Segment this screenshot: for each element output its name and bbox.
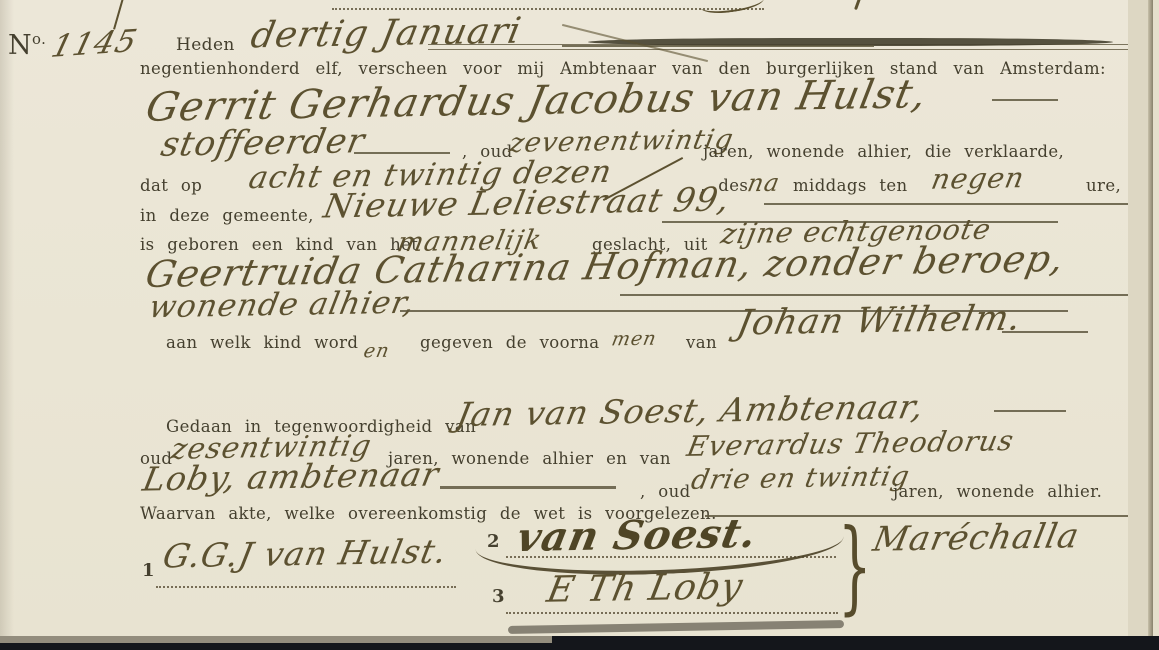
signature-dotted-line xyxy=(156,586,456,588)
handwritten-date: dertig Januari xyxy=(248,11,525,57)
filler-line xyxy=(994,410,1066,412)
printed-middags-ten: middags ten xyxy=(793,176,908,195)
next-page-edge xyxy=(1153,0,1159,641)
printed-aan-welk: aan welk kind word xyxy=(166,333,358,352)
signature-number-1: 1 xyxy=(142,560,155,581)
printed-declared: jaren, wonende alhier, die verklaarde, xyxy=(703,142,1064,161)
handwritten-witness2-last: Loby, ambtenaar xyxy=(140,454,443,498)
handwritten-na: na xyxy=(745,169,782,198)
signature-witness2: E Th Loby xyxy=(544,566,747,610)
signature-declarant: G.G.J van Hulst. xyxy=(160,532,451,576)
handwritten-declarant-age: zevenentwintig xyxy=(507,124,737,159)
handwritten-hour: negen xyxy=(929,161,1028,196)
printed-jaren-alhier: jaren, wonende alhier. xyxy=(893,482,1102,501)
handwritten-mother-residence: wonende alhier, xyxy=(146,285,418,326)
page-gutter-shadow xyxy=(0,0,14,641)
filler-line xyxy=(1002,331,1088,333)
printed-gegeven: gegeven de voorna xyxy=(420,333,600,352)
printed-dat-op: dat op xyxy=(140,176,202,195)
filler-line xyxy=(620,294,1146,296)
handwritten-men: men xyxy=(610,328,659,351)
record-number-block: No. 1145 xyxy=(8,26,136,62)
filler-line xyxy=(562,45,874,47)
handwritten-en: en xyxy=(362,340,392,362)
page-bottom-edge xyxy=(0,636,552,643)
previous-record-dotted-line xyxy=(332,8,764,10)
printed-heden: Heden xyxy=(176,35,235,55)
printed-comma-oud3: , oud xyxy=(640,482,691,501)
signature-registrar: Maréchalla xyxy=(870,516,1083,560)
signature-brace: } xyxy=(838,516,872,617)
signature-number-3: 3 xyxy=(492,586,505,607)
filler-line xyxy=(354,152,450,154)
signature-dotted-line xyxy=(506,612,838,614)
scanned-birth-record: No. 1145 Heden dertig Januari negentienh… xyxy=(0,0,1159,650)
filler-line xyxy=(992,99,1058,101)
page-edge xyxy=(1128,0,1148,641)
printed-van: van xyxy=(686,333,717,352)
filler-line xyxy=(764,203,1136,205)
handwritten-witness2-age: drie en twintig xyxy=(689,461,913,496)
handwritten-address: Nieuwe Leliestraat 99, xyxy=(320,179,733,225)
printed-intro: negentienhonderd elf, verscheen voor mij… xyxy=(140,59,1106,78)
record-number: 1145 xyxy=(48,23,142,65)
printed-ure: ure, xyxy=(1086,176,1121,195)
filler-line xyxy=(440,486,616,489)
no-label: No. xyxy=(8,30,46,61)
handwritten-witness2-first: Everardus Theodorus xyxy=(684,424,1017,463)
printed-in-deze-gemeente: in deze gemeente, xyxy=(140,206,314,225)
handwritten-child-name: Johan Wilhelm. xyxy=(734,299,1025,344)
